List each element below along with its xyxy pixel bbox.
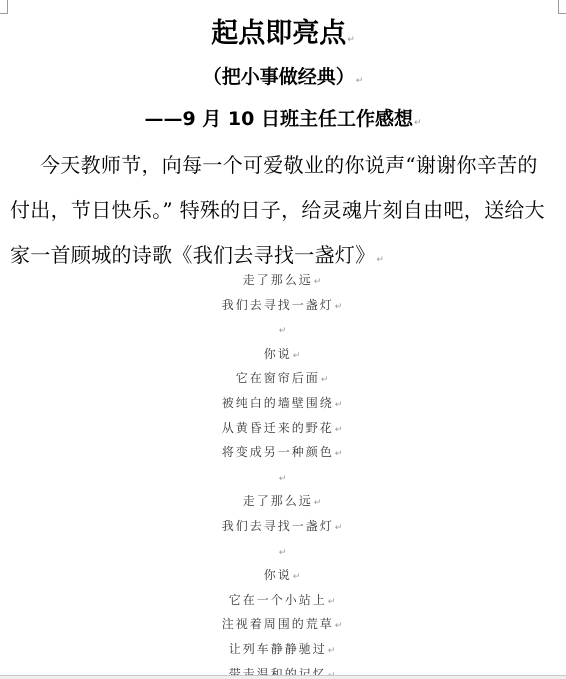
paragraph-mark-icon: ↵ xyxy=(328,646,338,656)
intro-paragraph: 今天教师节，向每一个可爱敬业的你说声“谢谢你辛苦的付出，节日快乐。” 特殊的日子… xyxy=(10,143,556,283)
poem-line: 让列车静静驰过↵ xyxy=(0,637,566,662)
poem-line: 注视着周围的荒草↵ xyxy=(0,612,566,637)
margin-corner-mark-top-left xyxy=(0,0,8,14)
document-subtitle: （把小事做经典）↵ xyxy=(0,62,566,96)
paragraph-mark-icon: ↵ xyxy=(335,302,345,312)
page-bottom-edge xyxy=(0,675,566,679)
document-title: 起点即亮点↵ xyxy=(0,14,566,60)
paragraph-mark-icon: ↵ xyxy=(335,425,345,435)
margin-corner-mark-top-right xyxy=(558,0,566,14)
paragraph-mark-icon: ↵ xyxy=(335,449,345,459)
paragraph-mark-icon: ↵ xyxy=(279,474,289,484)
paragraph-mark-icon: ↵ xyxy=(347,35,355,45)
poem-line-empty: ↵ xyxy=(0,465,566,490)
paragraph-mark-icon: ↵ xyxy=(335,400,345,410)
document-byline: ——9 月 10 日班主任工作感想↵ xyxy=(0,104,566,138)
paragraph-mark-icon: ↵ xyxy=(293,351,303,361)
poem-line: 从黄昏迁来的野花↵ xyxy=(0,416,566,441)
paragraph-mark-icon: ↵ xyxy=(279,326,289,336)
poem-line: 走了那么远↵ xyxy=(0,268,566,293)
poem-line-empty: ↵ xyxy=(0,317,566,342)
document-page[interactable]: 起点即亮点↵ （把小事做经典）↵ ——9 月 10 日班主任工作感想↵ 今天教师… xyxy=(0,0,566,675)
poem: 走了那么远↵ 我们去寻找一盏灯↵ ↵ 你说↵ 它在窗帘后面↵ 被纯白的墙壁围绕↵… xyxy=(0,268,566,679)
paragraph-mark-icon: ↵ xyxy=(376,255,384,265)
paragraph-mark-icon: ↵ xyxy=(321,375,331,385)
paragraph-mark-icon: ↵ xyxy=(293,572,303,582)
poem-line: 将变成另一种颜色↵ xyxy=(0,440,566,465)
poem-line-empty: ↵ xyxy=(0,539,566,564)
poem-line: 我们去寻找一盏灯↵ xyxy=(0,514,566,539)
poem-line: 被纯白的墙壁围绕↵ xyxy=(0,391,566,416)
paragraph-mark-icon: ↵ xyxy=(335,523,345,533)
paragraph-mark-icon: ↵ xyxy=(356,76,364,86)
paragraph-mark-icon: ↵ xyxy=(314,277,324,287)
poem-line: 它在窗帘后面↵ xyxy=(0,366,566,391)
poem-line: 它在一个小站上↵ xyxy=(0,588,566,613)
poem-line: 走了那么远↵ xyxy=(0,489,566,514)
poem-line: 你说↵ xyxy=(0,342,566,367)
poem-line: 你说↵ xyxy=(0,563,566,588)
poem-line: 我们去寻找一盏灯↵ xyxy=(0,293,566,318)
paragraph-mark-icon: ↵ xyxy=(328,597,338,607)
paragraph-mark-icon: ↵ xyxy=(335,621,345,631)
paragraph-mark-icon: ↵ xyxy=(279,548,289,558)
paragraph-mark-icon: ↵ xyxy=(314,498,324,508)
paragraph-mark-icon: ↵ xyxy=(414,118,422,128)
